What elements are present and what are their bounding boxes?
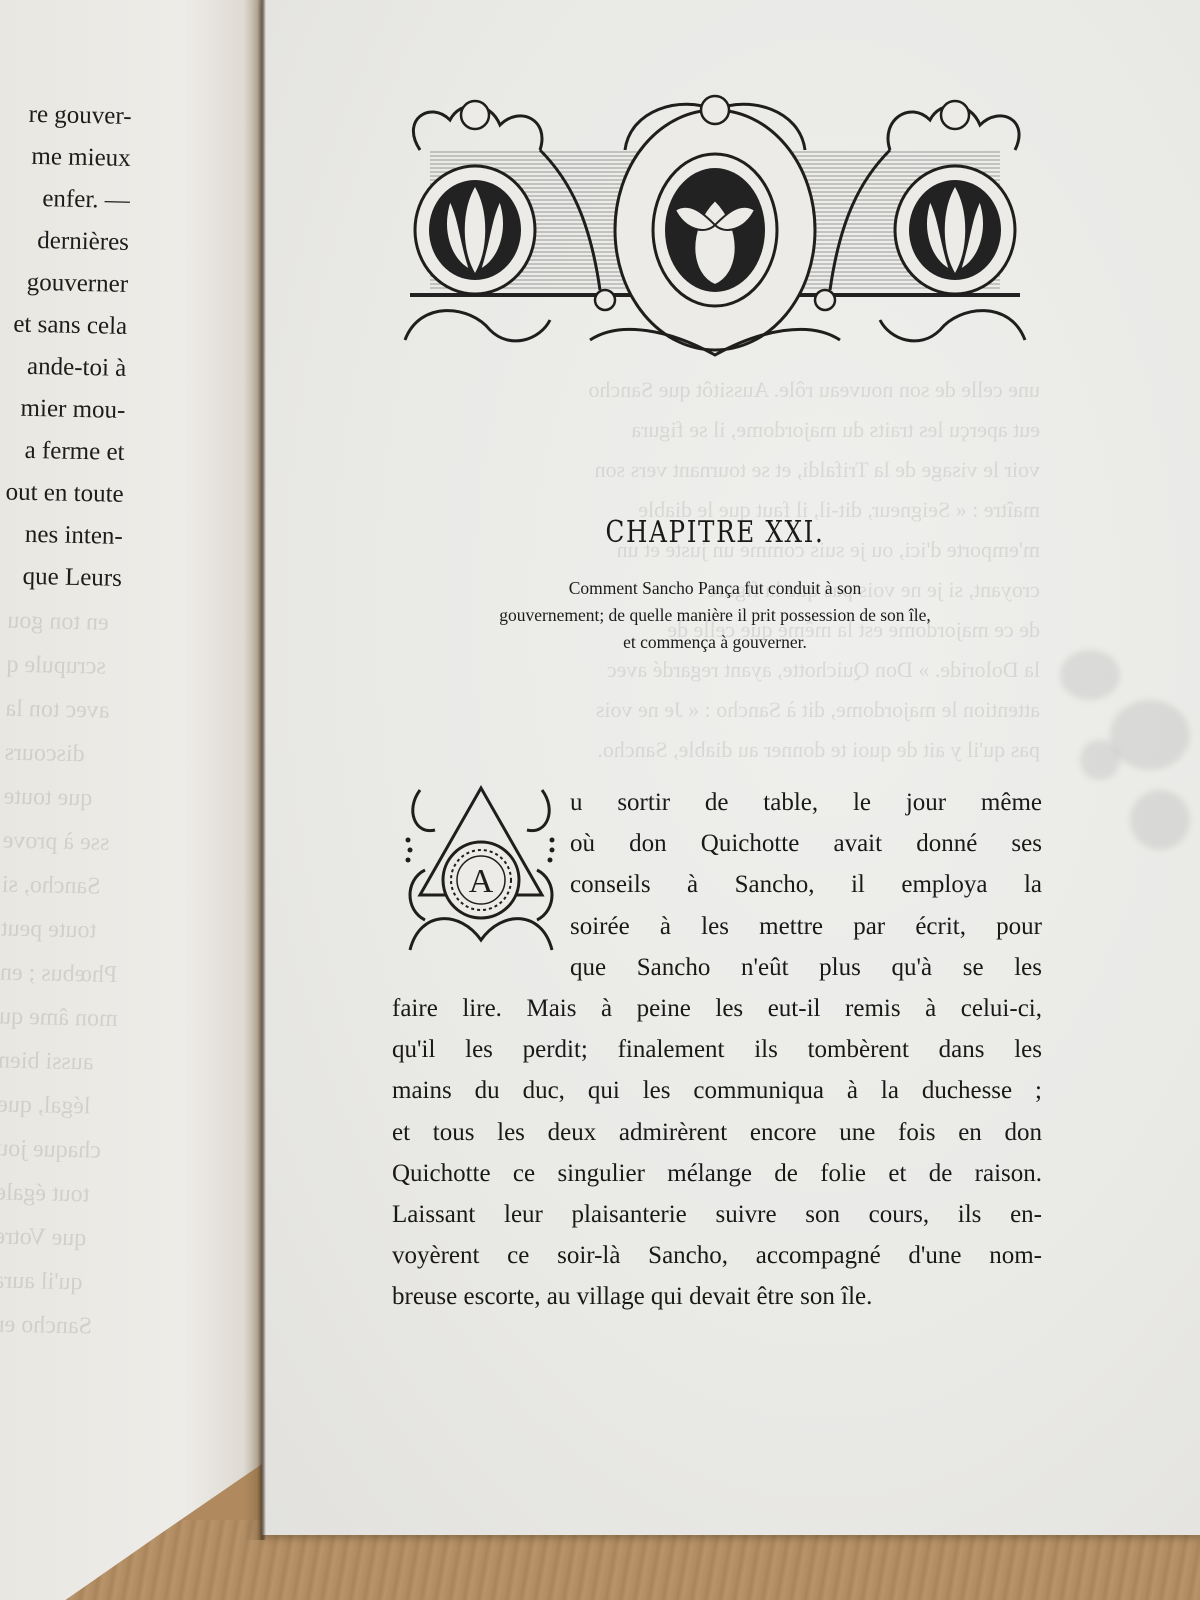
- bleed-line: aussi bien: [0, 1039, 139, 1086]
- text-line: Quichotte ce singulier mélange de folie …: [392, 1153, 1042, 1194]
- bleed-line: que Votre: [0, 1214, 135, 1261]
- bleed-line: légal, que: [0, 1083, 138, 1130]
- bleed-line: pas qu'il y ait de quoi te donner au dia…: [390, 730, 1040, 770]
- bleed-line: sse à prove: [2, 819, 143, 866]
- bleed-line: Phœbus ; en: [0, 951, 140, 998]
- text-line: me mieux: [0, 134, 131, 180]
- right-page-bleed-through: une celle de son nouveau rôle. Aussitôt …: [390, 370, 1040, 770]
- text-line: Laissant leur plaisanterie suivre son co…: [392, 1194, 1042, 1235]
- bleed-line: tout égale: [0, 1170, 136, 1217]
- bleed-line: en ton gou: [7, 599, 148, 646]
- bleed-line: attention le majordome, dit à Sancho : «…: [390, 690, 1040, 730]
- paper-stain: [1060, 650, 1120, 700]
- text-line: et sans cela: [0, 302, 128, 348]
- bleed-line: que toute: [3, 775, 144, 822]
- bleed-line: eut aperçu les traits du majordome, il s…: [390, 410, 1040, 450]
- text-line: a ferme et: [0, 428, 125, 474]
- bleed-line: une celle de son nouveau rôle. Aussitôt …: [390, 370, 1040, 410]
- text-line: re gouver-: [0, 92, 132, 138]
- text-line: qu'il les perdit; finalement ils tombère…: [392, 1029, 1042, 1070]
- bleed-line: avec ton la: [5, 687, 146, 734]
- text-line: que Sancho n'eût plus qu'à se les: [392, 947, 1042, 988]
- summary-line: et commença à gouverner.: [390, 629, 1040, 656]
- bleed-line: toute peut: [0, 907, 141, 954]
- text-line: out en toute: [0, 470, 124, 516]
- text-line: soirée à les mettre par écrit, pour: [392, 906, 1042, 947]
- bleed-line: discours: [4, 731, 145, 778]
- paper-stain: [1130, 790, 1190, 850]
- text-line: gouverner: [0, 260, 128, 306]
- left-page: re gouver- me mieux enfer. — dernières g…: [0, 0, 262, 1600]
- text-line: mains du duc, qui les communiqua à la du…: [392, 1070, 1042, 1111]
- summary-line: Comment Sancho Pança fut conduit à son: [390, 575, 1040, 602]
- text-line: où don Quichotte avait donné ses: [392, 823, 1042, 864]
- chapter-summary: Comment Sancho Pança fut conduit à son g…: [390, 575, 1040, 656]
- text-line: conseils à Sancho, il employa la: [392, 864, 1042, 905]
- text-line: nes inten-: [0, 512, 123, 558]
- paper-stain: [1110, 700, 1190, 770]
- paper-stain: [1080, 740, 1120, 780]
- book-spine-gutter: [244, 0, 266, 1540]
- chapter-body-text: u sortir de table, le jour même où don Q…: [392, 782, 1042, 1317]
- left-page-text: re gouver- me mieux enfer. — dernières g…: [0, 92, 132, 600]
- floral-headpiece-ornament-icon: [390, 90, 1040, 365]
- bleed-line: Sancho, si: [1, 863, 142, 910]
- left-page-bleed-through: en ton gou scrupule q avec ton la discou…: [0, 599, 148, 1350]
- text-line: ande-toi à: [0, 344, 127, 390]
- text-line: enfer. —: [0, 176, 130, 222]
- text-line: breuse escorte, au village qui devait êt…: [392, 1276, 1042, 1317]
- text-line: et tous les deux admirèrent encore une f…: [392, 1112, 1042, 1153]
- text-line: voyèrent ce soir-là Sancho, accompagné d…: [392, 1235, 1042, 1276]
- chapter-title: CHAPITRE XXI.: [449, 515, 982, 550]
- bleed-line: scrupule q: [6, 643, 147, 690]
- text-line: que Leurs: [0, 554, 122, 600]
- bleed-line: voir le visage de la Trifaldi, et se tou…: [390, 450, 1040, 490]
- summary-line: gouvernement; de quelle manière il prit …: [390, 602, 1040, 629]
- bleed-line: qu'il aura: [0, 1258, 134, 1305]
- text-line: u sortir de table, le jour même: [392, 782, 1042, 823]
- text-line: mier mou-: [0, 386, 126, 432]
- text-line: faire lire. Mais à peine les eut-il remi…: [392, 988, 1042, 1029]
- bleed-line: la Doloride. » Don Quichotte, ayant rega…: [390, 650, 1040, 690]
- bleed-line: chaque jou: [0, 1127, 137, 1174]
- text-line: dernières: [0, 218, 129, 264]
- bleed-line: mon âme qu: [0, 995, 140, 1042]
- bleed-line: Sancho en: [0, 1302, 133, 1349]
